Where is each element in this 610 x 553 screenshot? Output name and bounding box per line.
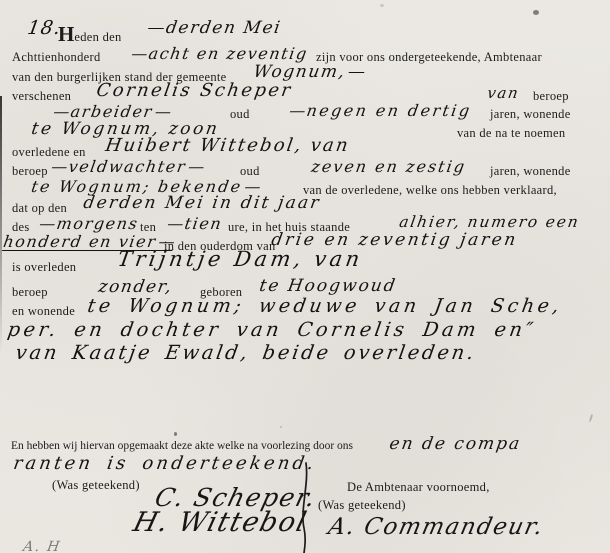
printed-na-te-noemen: van de na te noemen: [457, 126, 565, 141]
printed-oud: oud: [230, 107, 250, 122]
hand-year: acht en zeventig: [130, 44, 309, 63]
printed-jaren-wonende: jaren, wonende: [490, 107, 571, 122]
hand-overlijdensdatum: derden Mei in dit jaar: [82, 193, 322, 213]
ink-speck: [380, 4, 384, 7]
hand-declarant2-beroep: veldwachter: [50, 157, 205, 176]
printed-en-wonende: en wonende: [12, 304, 75, 319]
hand-ouders-1: per. en dochter van Cornelis Dam en″: [6, 318, 538, 341]
printed-beroep-3: beroep: [12, 285, 48, 300]
hand-ouders-2: van Kaatje Ewald, beide overleden.: [14, 341, 478, 364]
printed-was-geteekend-right: (Was geteekend): [318, 498, 406, 513]
hand-declarant2-leeftijd: zeven en zestig: [310, 157, 468, 176]
signature-brace-stroke: [296, 462, 312, 553]
printed-achttienhonderd: Achttienhonderd: [12, 50, 101, 65]
ink-speck: [174, 432, 177, 436]
ink-speck: [589, 414, 593, 422]
printed-welke-verklaard: van de overledene, welke ons hebben verk…: [303, 183, 557, 198]
ink-speck: [280, 426, 282, 428]
printed-slotformule: En hebben wij hiervan opgemaakt deze akt…: [11, 440, 353, 452]
printed-jaren-wonende-2: jaren, wonende: [490, 164, 571, 179]
hand-declarant1-leeftijd: negen en dertig: [288, 101, 473, 120]
death-record-scan: 18. Heden den derden Mei Achttienhonderd…: [0, 0, 610, 553]
scan-edge-artifact: [0, 96, 2, 354]
hand-overledene-beroep: zonder,: [97, 277, 174, 297]
hand-woonplaats-weduwe: te Wognum; weduwe van Jan Sche,: [86, 295, 564, 317]
printed-is-overleden: is overleden: [12, 260, 76, 275]
hand-uur: tien: [166, 214, 224, 233]
hand-comparanten-2: ranten is onderteekend.: [12, 453, 318, 474]
hand-huis-adres-1: alhier, numero een: [398, 213, 581, 231]
signature-h-wittebol: H. Wittebol: [130, 507, 311, 538]
ink-speck: [533, 10, 539, 15]
hand-geboorteplaats: te Hoogwoud: [258, 276, 398, 296]
hand-comparanten-1: en de compa: [388, 434, 523, 454]
printed-beroep: beroep: [533, 89, 569, 104]
hand-overledene-naam: Trijntje Dam, van: [116, 247, 365, 271]
hand-gemeente: Wognum,: [252, 62, 366, 82]
margin-mark: A. H: [22, 539, 62, 553]
hand-declarant1-name: Cornelis Scheper: [95, 80, 294, 101]
hand-declarant2-name: Huibert Wittebol, van: [104, 135, 351, 156]
signature-a-commandeur: A. Commandeur.: [326, 514, 546, 540]
hand-van: van: [486, 84, 521, 102]
printed-heden-den: Heden den: [58, 22, 122, 47]
hand-date-day-month: derden Mei: [146, 18, 283, 38]
printed-ambtenaar-voornoemd: De Ambtenaar voornoemd,: [347, 480, 490, 495]
hand-dagdeel: morgens: [38, 214, 140, 233]
printed-was-geteekend-left: (Was geteekend): [52, 478, 140, 493]
